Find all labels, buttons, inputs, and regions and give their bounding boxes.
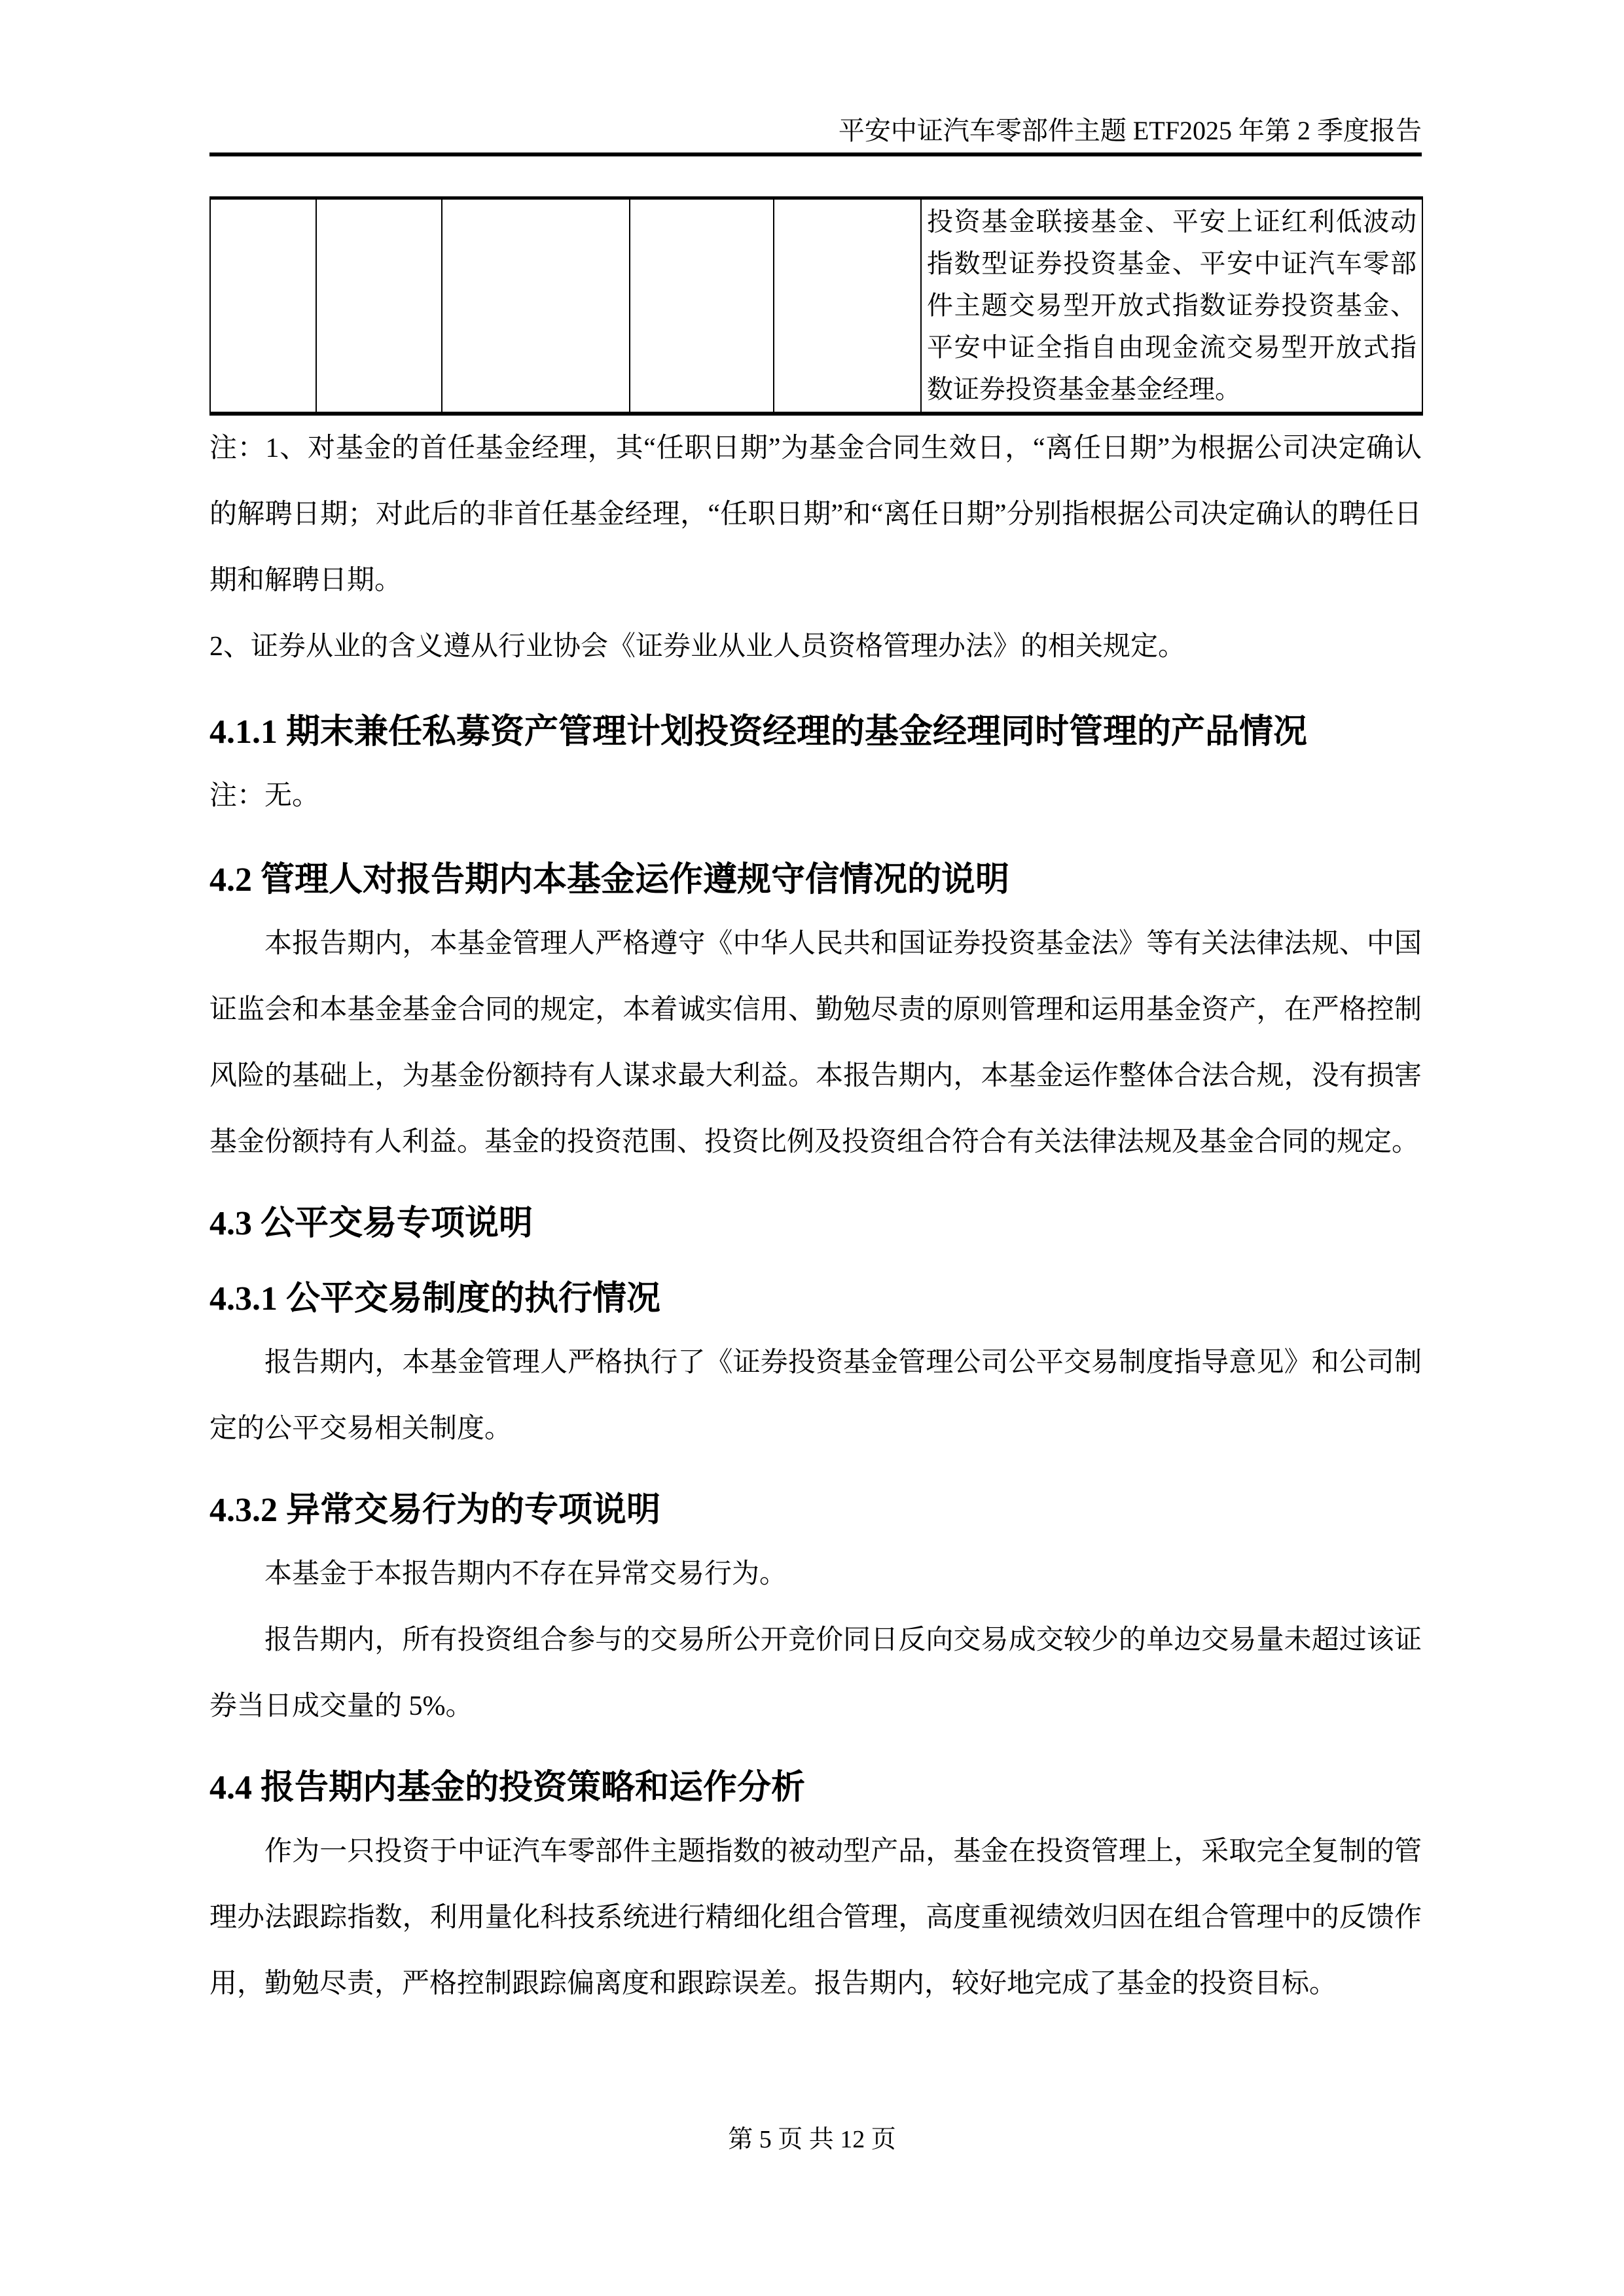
- section-heading-4-2: 4.2 管理人对报告期内本基金运作遵规守信情况的说明: [209, 855, 1422, 905]
- report-page: 平安中证汽车零部件主题 ETF2025 年第 2 季度报告 投资基金联接基金、平…: [0, 0, 1624, 2296]
- section-heading-4-1-1: 4.1.1 期末兼任私募资产管理计划投资经理的基金经理同时管理的产品情况: [209, 708, 1422, 757]
- section-4-2-paragraph: 本报告期内，本基金管理人严格遵守《中华人民共和国证券投资基金法》等有关法律法规、…: [209, 911, 1422, 1175]
- section-4-4-paragraph: 作为一只投资于中证汽车零部件主题指数的被动型产品，基金在投资管理上，采取完全复制…: [209, 1819, 1422, 2017]
- table-note-2: 2、证券从业的含义遵从行业协会《证券业从业人员资格管理办法》的相关规定。: [209, 614, 1422, 680]
- fund-manager-table: 投资基金联接基金、平安上证红利低波动指数型证券投资基金、平安中证汽车零部件主题交…: [209, 196, 1423, 416]
- table-cell-2: [316, 198, 442, 414]
- section-heading-4-4: 4.4 报告期内基金的投资策略和运作分析: [209, 1763, 1422, 1812]
- page-footer: 第 5 页 共 12 页: [0, 2124, 1624, 2155]
- table-cell-other-managed-funds: 投资基金联接基金、平安上证红利低波动指数型证券投资基金、平安中证汽车零部件主题交…: [921, 198, 1422, 414]
- table-note-1: 注：1、对基金的首任基金经理，其“任职日期”为基金合同生效日，“离任日期”为根据…: [209, 416, 1422, 614]
- table-row: 投资基金联接基金、平安上证红利低波动指数型证券投资基金、平安中证汽车零部件主题交…: [210, 198, 1422, 414]
- table-cell-1: [210, 198, 316, 414]
- page-number: 第 5 页 共 12 页: [728, 2126, 896, 2153]
- section-4-3-1-paragraph: 报告期内，本基金管理人严格执行了《证券投资基金管理公司公平交易制度指导意见》和公…: [209, 1330, 1422, 1462]
- table-cell-4: [630, 198, 774, 414]
- page-content: 平安中证汽车零部件主题 ETF2025 年第 2 季度报告 投资基金联接基金、平…: [209, 0, 1422, 2017]
- section-4-3-2-paragraph-1: 本基金于本报告期内不存在异常交易行为。: [209, 1541, 1422, 1607]
- section-4-3-2-paragraph-2: 报告期内，所有投资组合参与的交易所公开竞价同日反向交易成交较少的单边交易量未超过…: [209, 1607, 1422, 1740]
- section-4-1-1-note: 注：无。: [209, 763, 1422, 829]
- page-header: 平安中证汽车零部件主题 ETF2025 年第 2 季度报告: [209, 115, 1422, 156]
- section-heading-4-3-1: 4.3.1 公平交易制度的执行情况: [209, 1274, 1422, 1323]
- table-cell-3: [442, 198, 630, 414]
- table-cell-5: [774, 198, 921, 414]
- section-heading-4-3-2: 4.3.2 异常交易行为的专项说明: [209, 1486, 1422, 1535]
- section-heading-4-3: 4.3 公平交易专项说明: [209, 1199, 1422, 1248]
- header-title: 平安中证汽车零部件主题 ETF2025 年第 2 季度报告: [209, 115, 1422, 147]
